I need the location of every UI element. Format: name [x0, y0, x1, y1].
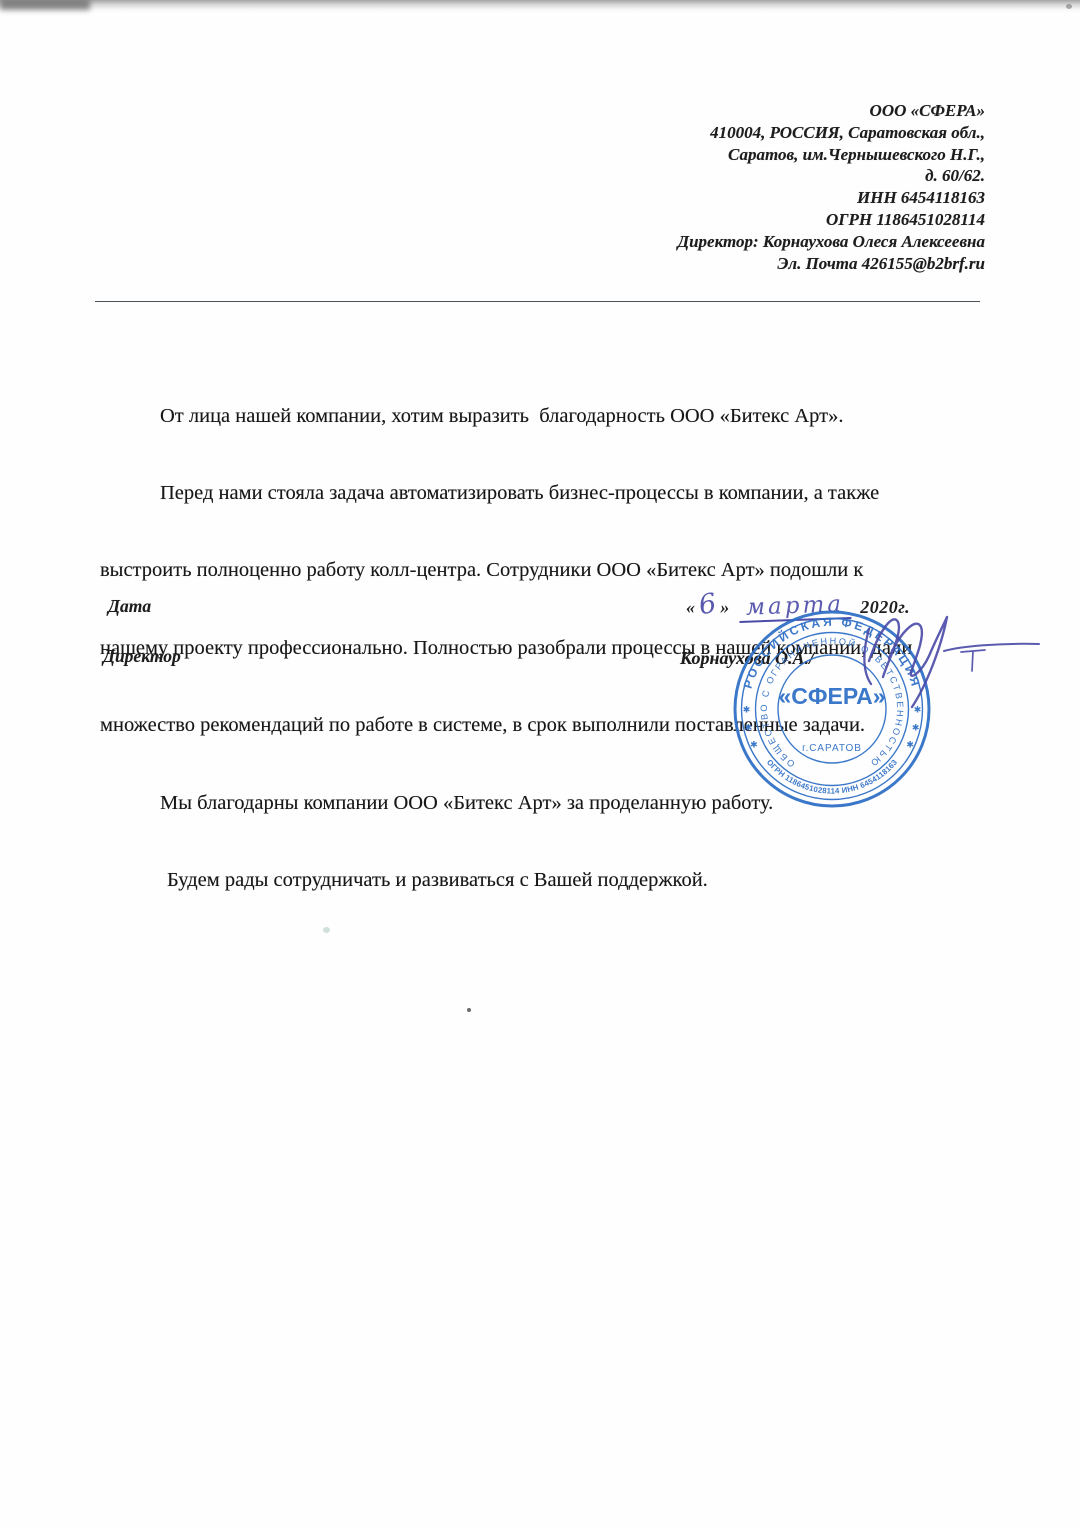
body-line: От лица нашей компании, хотим выразить б… — [100, 404, 984, 430]
letterhead-email: Эл. Почта 426155@b2brf.ru — [425, 253, 985, 275]
letter-page: ООО «СФЕРА» 410004, РОССИЯ, Саратовская … — [0, 0, 1080, 1528]
stamp-star: ✱ — [906, 739, 914, 749]
body-line: Будем рады сотрудничать и развиваться с … — [100, 868, 984, 894]
scan-speck — [1066, 4, 1072, 9]
scan-speck — [467, 1008, 471, 1012]
quote-open: « — [686, 597, 695, 618]
stamp-star: ✱ — [745, 722, 753, 732]
horizontal-divider — [95, 301, 980, 302]
handwritten-day: 6 — [697, 593, 717, 617]
stamp-star: ✱ — [912, 722, 920, 732]
letterhead-inn: ИНН 6454118163 — [425, 187, 985, 209]
stamp-star: ✱ — [750, 739, 758, 749]
body-line: Перед нами стояла задача автоматизироват… — [100, 481, 984, 507]
letterhead: ООО «СФЕРА» 410004, РОССИЯ, Саратовская … — [425, 100, 985, 274]
director-label: Директор — [103, 646, 181, 667]
letterhead-director: Директор: Корнаухова Олеся Алексеевна — [425, 231, 985, 253]
signature-flourish — [944, 644, 1039, 651]
scan-speck — [323, 927, 330, 933]
letterhead-address-1: 410004, РОССИЯ, Саратовская обл., — [425, 122, 985, 144]
letterhead-address-3: д. 60/62. — [425, 165, 985, 187]
date-label: Дата — [108, 596, 151, 617]
stamp-city: г.САРАТОВ — [802, 743, 862, 754]
letterhead-address-2: Саратов, им.Чернышевского Н.Г., — [425, 144, 985, 166]
signature-tick — [961, 650, 985, 671]
handwritten-signature — [840, 585, 1055, 720]
letterhead-ogrn: ОГРН 1186451028114 — [425, 209, 985, 231]
body-line: выстроить полноценно работу колл-центра.… — [100, 558, 984, 584]
stamp-star: ✱ — [743, 705, 751, 715]
scan-artifact-top-left — [0, 0, 90, 10]
scan-artifact-top — [0, 0, 1080, 13]
letterhead-company: ООО «СФЕРА» — [425, 100, 985, 122]
